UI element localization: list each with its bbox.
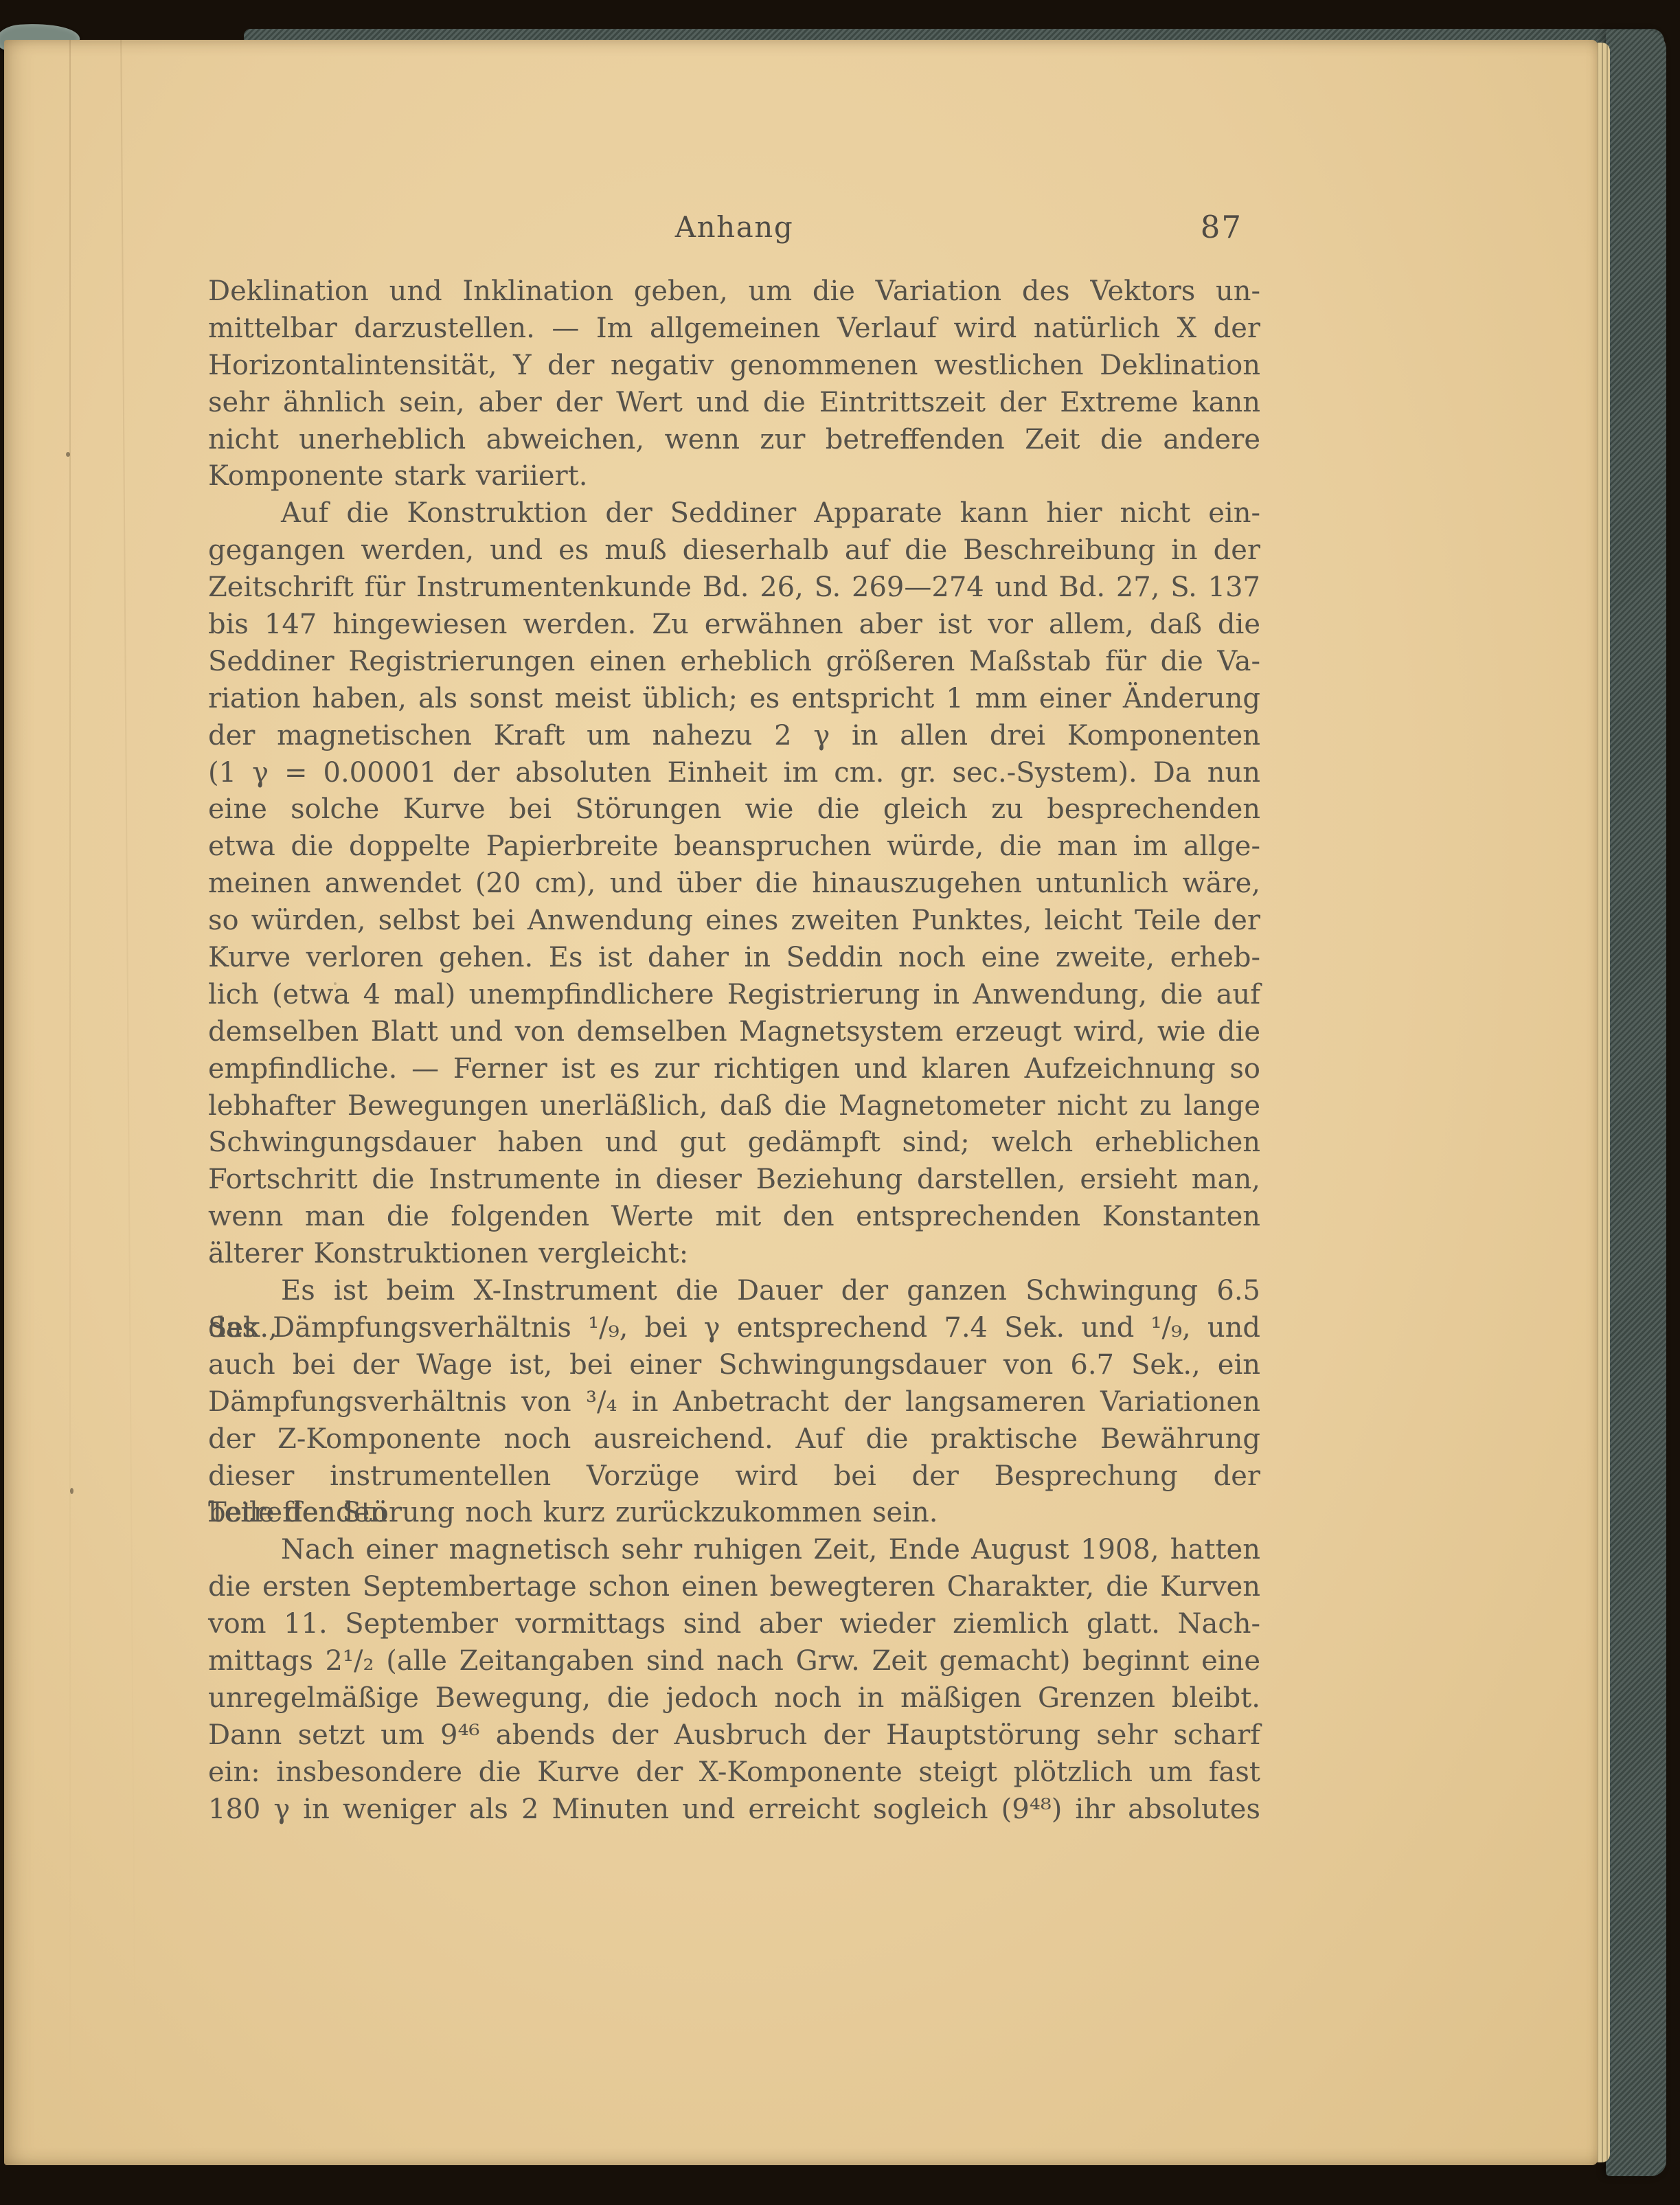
- text-line: Horizontalintensität, Y der negativ geno…: [208, 348, 1260, 385]
- text-line: ein: insbesondere die Kurve der X-Kompon…: [208, 1754, 1260, 1791]
- text-line: vom 11. September vormittags sind aber w…: [208, 1606, 1260, 1643]
- text-line: empfindliche. — Ferner ist es zur richti…: [208, 1051, 1260, 1088]
- text-line: dieser instrumentellen Vorzüge wird bei …: [208, 1458, 1260, 1495]
- text-line: älterer Konstruktionen vergleicht:: [208, 1236, 1260, 1273]
- running-header-title: Anhang: [208, 210, 1260, 244]
- text-line: sehr ähnlich sein, aber der Wert und die…: [208, 385, 1260, 422]
- text-line: Schwingungsdauer haben und gut gedämpft …: [208, 1124, 1260, 1162]
- book-page: Anhang 87 Deklination und Inklination ge…: [4, 40, 1598, 2165]
- page-number: 87: [1201, 209, 1242, 245]
- text-line: der magnetischen Kraft um nahezu 2 γ in …: [208, 718, 1260, 755]
- text-line: Dann setzt um 9⁴⁶ abends der Ausbruch de…: [208, 1717, 1260, 1754]
- text-line: so würden, selbst bei Anwendung eines zw…: [208, 903, 1260, 940]
- text-line: unregelmäßige Bewegung, die jedoch noch …: [208, 1680, 1260, 1717]
- text-line: demselben Blatt und von demselben Magnet…: [208, 1014, 1260, 1051]
- text-line: Teile der Störung noch kurz zurückzukomm…: [208, 1495, 1260, 1532]
- book-cover-right-edge: [1606, 30, 1666, 2176]
- page-crease: [120, 40, 137, 2165]
- body-text: Deklination und Inklination geben, um di…: [208, 273, 1260, 1828]
- book-scan-background: Anhang 87 Deklination und Inklination ge…: [0, 0, 1680, 2205]
- text-line: etwa die doppelte Papierbreite beanspruc…: [208, 828, 1260, 866]
- text-line: lebhafter Bewegungen unerläßlich, daß di…: [208, 1088, 1260, 1125]
- text-line: (1 γ = 0.00001 der absoluten Einheit im …: [208, 755, 1260, 792]
- text-line: lich (etwa 4 mal) unempfindlichere Regis…: [208, 977, 1260, 1014]
- text-line: die ersten Septembertage schon einen bew…: [208, 1569, 1260, 1606]
- text-line: mittags 2¹/₂ (alle Zeitangaben sind nach…: [208, 1643, 1260, 1680]
- text-line: das Dämpfungsverhältnis ¹/₉, bei γ entsp…: [208, 1310, 1260, 1347]
- text-line: Auf die Konstruktion der Seddiner Appara…: [208, 495, 1260, 532]
- text-line: bis 147 hingewiesen werden. Zu erwähnen …: [208, 607, 1260, 644]
- paper-speck: [66, 452, 70, 457]
- text-line: eine solche Kurve bei Störungen wie die …: [208, 791, 1260, 828]
- text-line: wenn man die folgenden Werte mit den ent…: [208, 1199, 1260, 1236]
- text-line: auch bei der Wage ist, bei einer Schwing…: [208, 1347, 1260, 1384]
- text-line: gegangen werden, und es muß dieserhalb a…: [208, 532, 1260, 569]
- text-line: riation haben, als sonst meist üblich; e…: [208, 681, 1260, 718]
- text-line: Seddiner Registrierungen einen erheblich…: [208, 644, 1260, 681]
- text-line: meinen anwendet (20 cm), und über die hi…: [208, 866, 1260, 903]
- text-line: Fortschritt die Instrumente in dieser Be…: [208, 1162, 1260, 1199]
- text-line: nicht unerheblich abweichen, wenn zur be…: [208, 422, 1260, 459]
- paper-speck: [70, 1488, 73, 1494]
- text-line: der Z-Komponente noch ausreichend. Auf d…: [208, 1421, 1260, 1458]
- text-line: Dämpfungsverhältnis von ³/₄ in Anbetrach…: [208, 1384, 1260, 1421]
- page-crease: [69, 40, 71, 2165]
- text-line: Zeitschrift für Instrumentenkunde Bd. 26…: [208, 569, 1260, 607]
- running-header: Anhang 87: [208, 210, 1260, 249]
- text-line: Komponente stark variiert.: [208, 458, 1260, 495]
- text-line: 180 γ in weniger als 2 Minuten und errei…: [208, 1791, 1260, 1829]
- text-line: Kurve verloren gehen. Es ist daher in Se…: [208, 940, 1260, 977]
- text-line: Nach einer magnetisch sehr ruhigen Zeit,…: [208, 1532, 1260, 1569]
- text-line: Deklination und Inklination geben, um di…: [208, 273, 1260, 310]
- text-line: Es ist beim X-Instrument die Dauer der g…: [208, 1273, 1260, 1310]
- text-line: mittelbar darzustellen. — Im allgemeinen…: [208, 310, 1260, 348]
